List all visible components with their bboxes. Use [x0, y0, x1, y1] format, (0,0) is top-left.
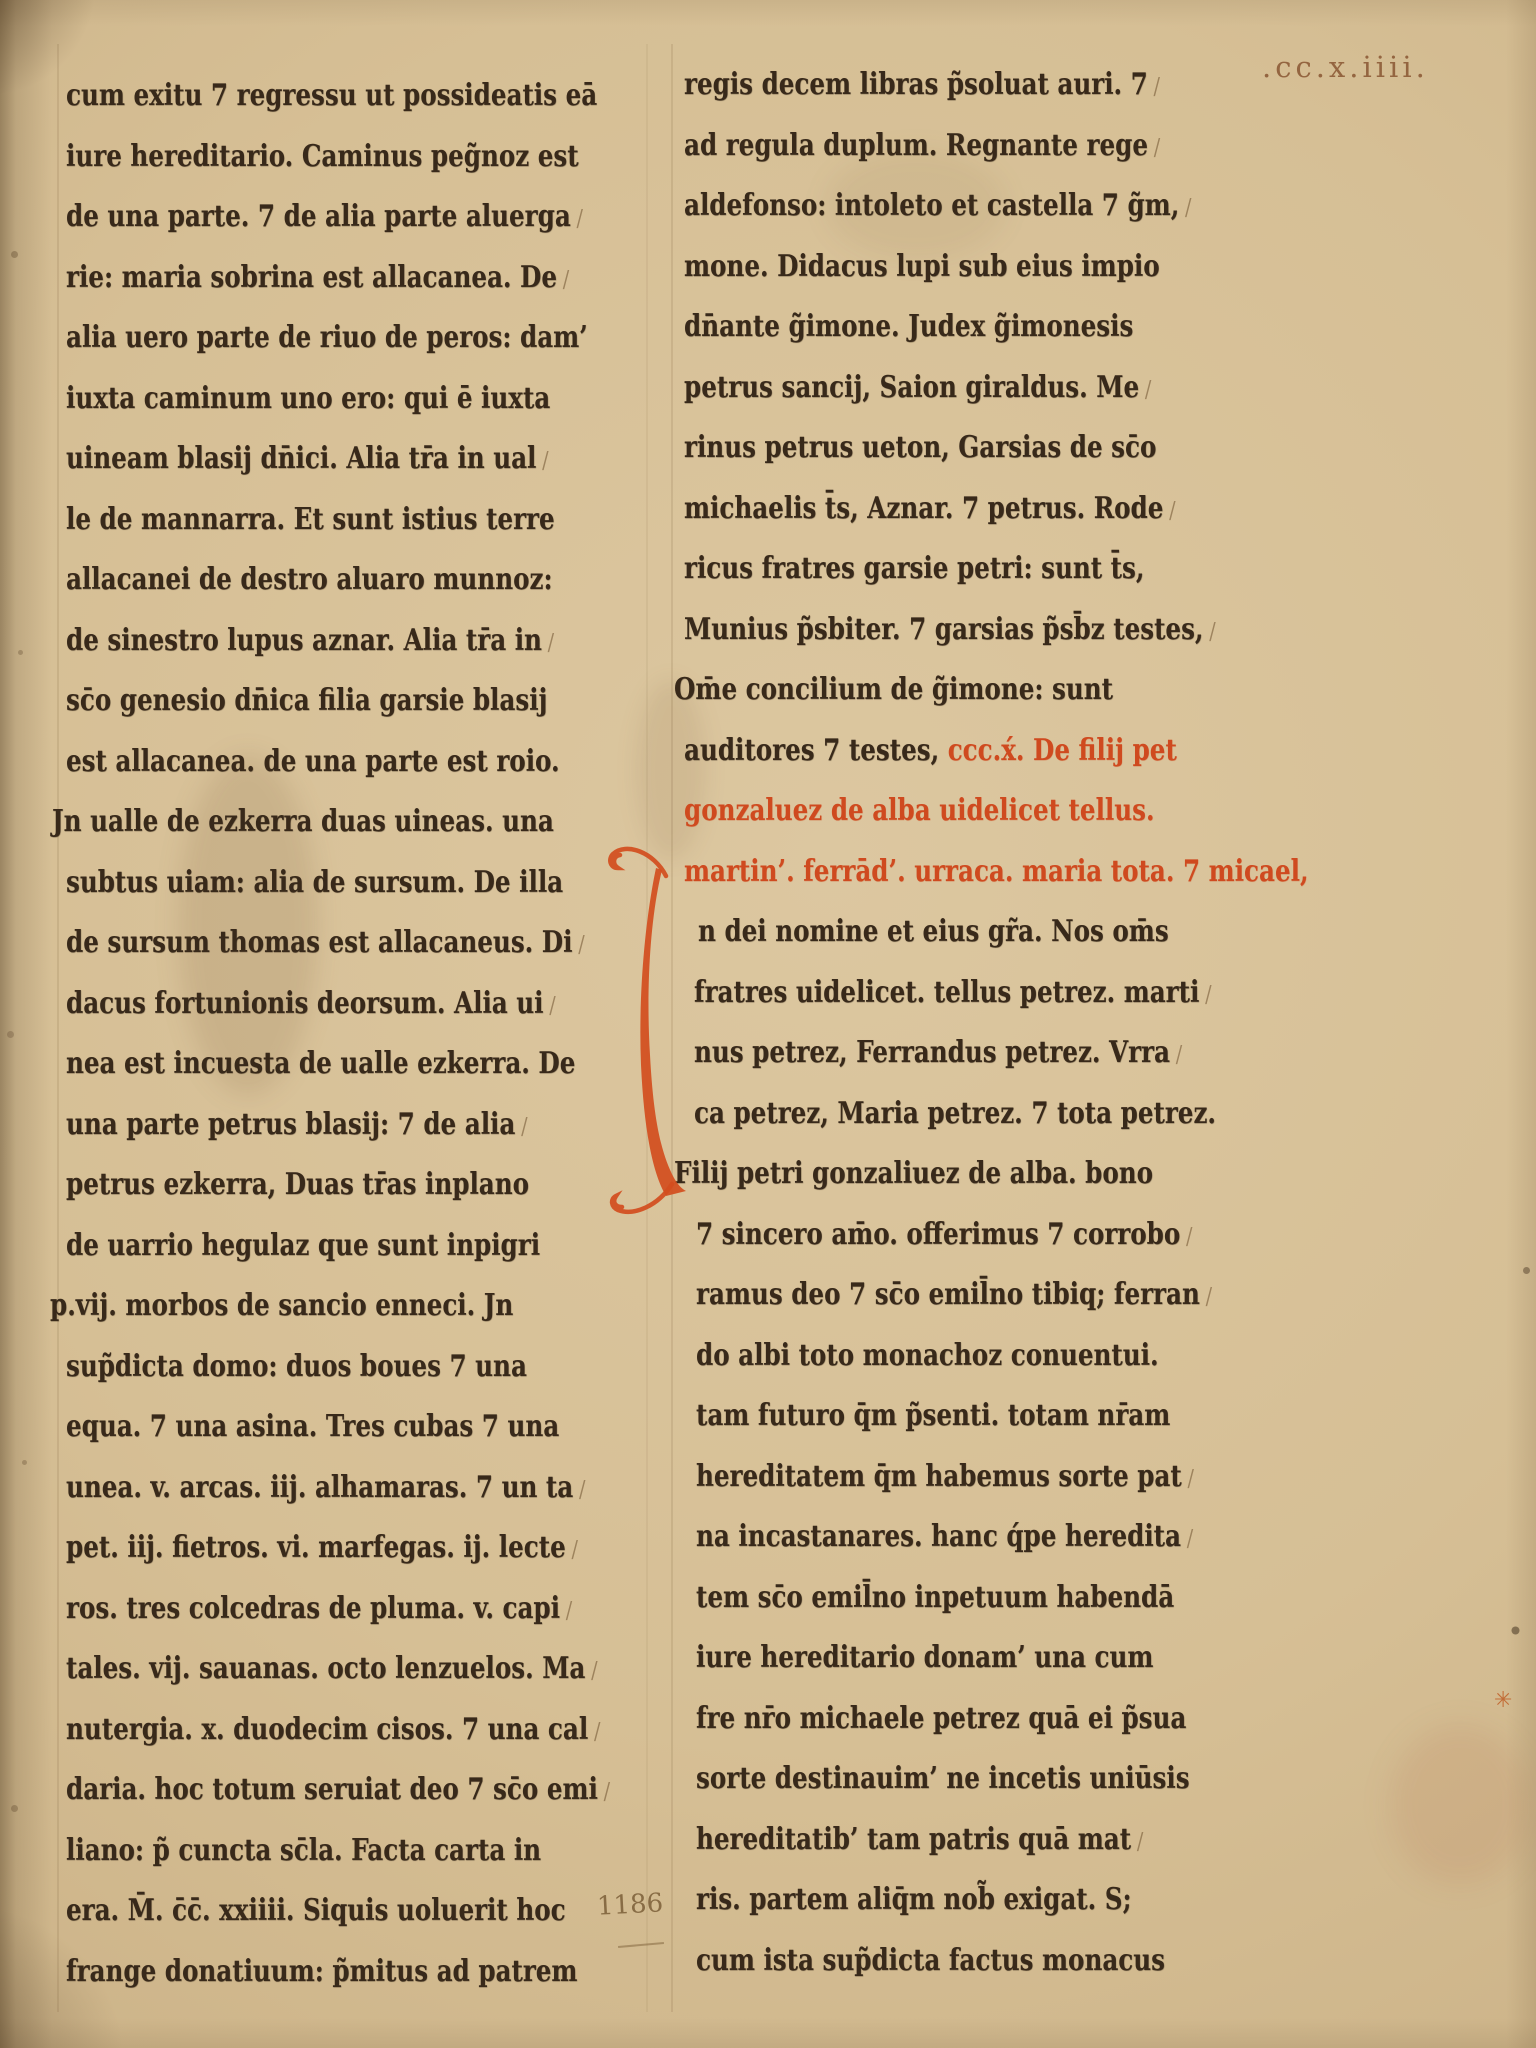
ink-text: sup̃dicta domo: duos boues 7 una: [66, 1349, 527, 1384]
line-filler-stroke: ∕: [1176, 1040, 1182, 1068]
text-line: cum exitu 7 regressu ut possideatis eā: [66, 66, 538, 127]
ink-text: cum ista sup̃dicta factus monacus: [696, 1943, 1165, 1978]
rubric-text: martin’. ferrād’. urraca. maria tota. 7…: [684, 854, 1309, 889]
text-line: fre nr̄o michaele petrez quā ei p̃sua: [696, 1689, 1260, 1750]
text-line: de sinestro lupus aznar. Alia tr̄a in∕: [66, 611, 538, 672]
text-line: 7 sincero am̄o. offerimus 7 corrobo∕: [696, 1205, 1260, 1266]
rubricated-initial-i-icon: [606, 840, 694, 1220]
ink-text: liano: p̃ cuncta sc̄la. Facta carta in: [66, 1833, 541, 1868]
text-line: mone. Didacus lupi sub eius impio: [684, 237, 1258, 298]
ink-text: tales. vij. sauanas. octo lenzuelos. Ma: [66, 1651, 585, 1686]
right-text-column: regis decem libras p̃soluat auri. 7∕ad r…: [684, 55, 1384, 1991]
text-line: auditores 7 testes, ccc.x́. De filij pet: [684, 721, 1258, 782]
text-line: ris. partem aliq̄m nob̃ exigat. S;: [696, 1870, 1260, 1931]
text-line: regis decem libras p̃soluat auri. 7∕: [684, 55, 1258, 116]
text-line: cum ista sup̃dicta factus monacus: [696, 1931, 1260, 1992]
line-filler-stroke: ∕: [1169, 496, 1175, 524]
ink-text: cum exitu 7 regressu ut possideatis eā: [66, 78, 597, 113]
ink-text: allacanei de destro aluaro munnoz:: [66, 562, 553, 597]
ink-text: de sinestro lupus aznar. Alia tr̄a in: [66, 623, 542, 658]
ink-text: era. M̄. c̄c̄. xxiiii. Siquis uoluerit h…: [66, 1893, 566, 1928]
line-filler-stroke: ∕: [563, 265, 569, 293]
parchment-stain: [1390, 1725, 1530, 1885]
line-filler-stroke: ∕: [579, 1475, 585, 1503]
line-filler-stroke: ∕: [577, 204, 583, 232]
line-filler-stroke: ∕: [594, 1717, 600, 1745]
line-filler-stroke: ∕: [1137, 1827, 1143, 1855]
ink-text: iure hereditario. Caminus peg̃noz est: [66, 139, 579, 174]
ink-text: dacus fortunionis deorsum. Alia ui: [66, 986, 544, 1021]
text-line: michaelis t̄s, Aznar. 7 petrus. Rode∕: [684, 479, 1258, 540]
text-line: dacus fortunionis deorsum. Alia ui∕: [66, 974, 538, 1035]
line-filler-stroke: ∕: [1187, 1464, 1193, 1492]
ink-text: de sursum thomas est allacaneus. Di: [66, 925, 572, 960]
line-filler-stroke: ∕: [1205, 980, 1211, 1008]
line-filler-stroke: ∕: [1209, 617, 1215, 645]
marginal-date-annotation: 1186: [596, 1888, 664, 1921]
text-line: uineam blasij dn̄ici. Alia tr̄a in ual∕: [66, 429, 538, 490]
ink-text: do albi toto monachoz conuentui.: [696, 1338, 1159, 1373]
ink-text: sc̄o genesio dn̄ica filia garsie blasij: [66, 683, 547, 718]
text-line: p.vij. morbos de sancio enneci. Jn: [50, 1276, 535, 1337]
ink-text: nea est incuesta de ualle ezkerra. De: [66, 1046, 575, 1081]
line-filler-stroke: ∕: [1154, 72, 1160, 100]
text-line: unea. v. arcas. iij. alhamaras. 7 un ta∕: [66, 1458, 538, 1519]
text-line: nutergia. x. duodecim cisos. 7 una cal∕: [66, 1700, 538, 1761]
ink-text: sorte destinauim’ ne incetis uniūsis: [696, 1761, 1190, 1796]
text-line: nea est incuesta de ualle ezkerra. De: [66, 1034, 538, 1095]
text-line: petrus sancij, Saion giraldus. Me∕: [684, 358, 1258, 419]
text-line: Filij petri gonzaliuez de alba. bono: [674, 1144, 1256, 1205]
ink-text: na incastanares. hanc q́pe heredita: [696, 1519, 1181, 1554]
ink-specks: [0, 0, 5, 5]
text-line: ros. tres colcedras de pluma. v. capi∕: [66, 1579, 538, 1640]
text-line: hereditatem q̄m habemus sorte pat∕: [696, 1447, 1260, 1508]
text-line: rie: maria sobrina est allacanea. De∕: [66, 248, 538, 309]
ink-text: tem sc̄o emil̄no inpetuum habendā: [696, 1580, 1174, 1615]
text-line: ca petrez, Maria petrez. 7 tota petrez.: [694, 1084, 1260, 1145]
ink-text: ricus fratres garsie petri: sunt t̄s,: [684, 551, 1144, 586]
text-line: daria. hoc totum seruiat deo 7 sc̄o emi∕: [66, 1760, 538, 1821]
text-line: gonzaluez de alba uidelicet tellus.: [684, 781, 1258, 842]
ink-text: nutergia. x. duodecim cisos. 7 una cal: [66, 1712, 588, 1747]
text-line: ricus fratres garsie petri: sunt t̄s,: [684, 539, 1258, 600]
text-line: una parte petrus blasij: 7 de alia∕: [66, 1095, 538, 1156]
line-filler-stroke: ∕: [1145, 375, 1151, 403]
ink-text: unea. v. arcas. iij. alhamaras. 7 un ta: [66, 1470, 573, 1505]
text-line: Jn ualle de ezkerra duas uineas. una: [52, 792, 535, 853]
text-line: dn̄ante g̃imone. Judex g̃imonesis: [684, 297, 1258, 358]
text-line: nus petrez, Ferrandus petrez. Vrra∕: [694, 1023, 1260, 1084]
line-filler-stroke: ∕: [542, 446, 548, 474]
ink-text: petrus ezkerra, Duas tr̄as inplano: [66, 1167, 529, 1202]
ink-text: mone. Didacus lupi sub eius impio: [684, 249, 1160, 284]
text-line: liano: p̃ cuncta sc̄la. Facta carta in: [66, 1821, 538, 1882]
text-line: alia uero parte de riuo de peros: dam’: [66, 308, 538, 369]
text-line: de uarrio hegulaz que sunt inpigri: [66, 1216, 538, 1277]
text-line: aldefonso: intoleto et castella 7 g̃m,∕: [684, 176, 1258, 237]
rubric-text: gonzaluez de alba uidelicet tellus.: [684, 793, 1155, 828]
ink-text: le de mannarra. Et sunt istius terre: [66, 502, 555, 537]
text-line: petrus ezkerra, Duas tr̄as inplano: [66, 1155, 538, 1216]
ink-text: hereditatem q̄m habemus sorte pat: [696, 1459, 1182, 1494]
left-text-column: cum exitu 7 regressu ut possideatis eāi…: [66, 66, 641, 2002]
text-line: tam futuro q̄m p̃senti. totam nr̄am: [696, 1386, 1260, 1447]
ink-text: p.vij. morbos de sancio enneci. Jn: [50, 1288, 513, 1323]
text-line: iure hereditario donam’ una cum: [696, 1628, 1260, 1689]
text-line: hereditatib’ tam patris quā mat∕: [696, 1810, 1260, 1871]
text-line: iuxta caminum uno ero: qui ē iuxta: [66, 369, 538, 430]
ink-text: aldefonso: intoleto et castella 7 g̃m,: [684, 188, 1179, 223]
text-line: rinus petrus ueton, Garsias de sc̄o: [684, 418, 1258, 479]
line-filler-stroke: ∕: [571, 1535, 577, 1563]
text-line: do albi toto monachoz conuentui.: [696, 1326, 1260, 1387]
text-line: sc̄o genesio dn̄ica filia garsie blasij: [66, 671, 538, 732]
ink-text: equa. 7 una asina. Tres cubas 7 una: [66, 1409, 559, 1444]
ink-text: iuxta caminum uno ero: qui ē iuxta: [66, 381, 550, 416]
line-filler-stroke: ∕: [1185, 193, 1191, 221]
ink-text: fre nr̄o michaele petrez quā ei p̃sua: [696, 1701, 1186, 1736]
ink-text: frange donatiuum: p̃mitus ad patrem: [66, 1954, 577, 1989]
ink-text: michaelis t̄s, Aznar. 7 petrus. Rode: [684, 491, 1163, 526]
line-filler-stroke: ∕: [1187, 1524, 1193, 1552]
ink-text: de una parte. 7 de alia parte aluerga: [66, 199, 571, 234]
ink-text: Filij petri gonzaliuez de alba. bono: [674, 1156, 1153, 1191]
ink-text: Om̄e concilium de g̃imone: sunt: [674, 672, 1113, 707]
text-line: era. M̄. c̄c̄. xxiiii. Siquis uoluerit h…: [66, 1881, 538, 1942]
ink-text: dn̄ante g̃imone. Judex g̃imonesis: [684, 309, 1133, 344]
ink-text: ca petrez, Maria petrez. 7 tota petrez.: [694, 1096, 1216, 1131]
text-line: tales. vij. sauanas. octo lenzuelos. Ma∕: [66, 1639, 538, 1700]
ruling-line-left: [57, 44, 59, 2012]
text-line: le de mannarra. Et sunt istius terre: [66, 490, 538, 551]
text-line: tem sc̄o emil̄no inpetuum habendā: [696, 1568, 1260, 1629]
ink-text: rie: maria sobrina est allacanea. De: [66, 260, 557, 295]
ink-text: Munius p̃sbiter. 7 garsias p̃sb̄z testes…: [684, 612, 1203, 647]
ink-text: hereditatib’ tam patris quā mat: [696, 1822, 1131, 1857]
rubric-text: ccc.x́. De filij pet: [948, 733, 1177, 768]
line-filler-stroke: ∕: [1206, 1282, 1212, 1310]
ink-text: daria. hoc totum seruiat deo 7 sc̄o emi: [66, 1772, 598, 1807]
ink-text: nus petrez, Ferrandus petrez. Vrra: [694, 1035, 1170, 1070]
text-line: frange donatiuum: p̃mitus ad patrem: [66, 1942, 538, 2003]
ink-text: 7 sincero am̄o. offerimus 7 corrobo: [696, 1217, 1180, 1252]
ink-text: Jn ualle de ezkerra duas uineas. una: [52, 804, 554, 839]
text-line: subtus uiam: alia de sursum. De illa: [66, 853, 538, 914]
line-filler-stroke: ∕: [1186, 1222, 1192, 1250]
manuscript-page: .cc.x.iiii. cum exitu 7 regressu ut poss…: [0, 0, 1536, 2048]
ink-text: ad regula duplum. Regnante rege: [684, 128, 1148, 163]
text-line: ad regula duplum. Regnante rege∕: [684, 116, 1258, 177]
ink-text: alia uero parte de riuo de peros: dam’: [66, 320, 588, 355]
line-filler-stroke: ∕: [548, 628, 554, 656]
line-filler-stroke: ∕: [591, 1656, 597, 1684]
ink-text: una parte petrus blasij: 7 de alia: [66, 1107, 515, 1142]
text-line: martin’. ferrād’. urraca. maria tota. 7…: [684, 842, 1258, 903]
text-line: pet. iij. fietros. vi. marfegas. ij. lec…: [66, 1518, 538, 1579]
ink-text: subtus uiam: alia de sursum. De illa: [66, 865, 563, 900]
line-filler-stroke: ∕: [578, 930, 584, 958]
line-filler-stroke: ∕: [566, 1596, 572, 1624]
margin-star-mark: ✳: [1494, 1688, 1512, 1713]
ink-text: est allacanea. de una parte est roio.: [66, 744, 560, 779]
text-line: sorte destinauim’ ne incetis uniūsis: [696, 1749, 1260, 1810]
ink-text: ramus deo 7 sc̄o emil̄no tibiq; ferran: [696, 1277, 1200, 1312]
text-line: Munius p̃sbiter. 7 garsias p̃sb̄z testes…: [684, 600, 1258, 661]
text-line: allacanei de destro aluaro munnoz:: [66, 550, 538, 611]
text-line: iure hereditario. Caminus peg̃noz est: [66, 127, 538, 188]
text-line: equa. 7 una asina. Tres cubas 7 una: [66, 1397, 538, 1458]
ink-text: n dei nomine et eius gr̃a. Nos om̄s: [698, 914, 1169, 949]
line-filler-stroke: ∕: [604, 1777, 610, 1805]
ink-text: tam futuro q̄m p̃senti. totam nr̄am: [696, 1398, 1170, 1433]
text-line: na incastanares. hanc q́pe heredita∕: [696, 1507, 1260, 1568]
text-line: fratres uidelicet. tellus petrez. marti∕: [694, 963, 1260, 1024]
ink-text: fratres uidelicet. tellus petrez. marti: [694, 975, 1199, 1010]
ink-text: regis decem libras p̃soluat auri. 7: [684, 67, 1148, 102]
ink-text: uineam blasij dn̄ici. Alia tr̄a in ual: [66, 441, 536, 476]
ink-text: pet. iij. fietros. vi. marfegas. ij. lec…: [66, 1530, 566, 1565]
text-line: n dei nomine et eius gr̃a. Nos om̄s: [698, 902, 1261, 963]
text-line: Om̄e concilium de g̃imone: sunt: [674, 660, 1256, 721]
line-filler-stroke: ∕: [549, 991, 555, 1019]
ink-text: auditores 7 testes,: [684, 733, 948, 768]
text-line: ramus deo 7 sc̄o emil̄no tibiq; ferran∕: [696, 1265, 1260, 1326]
text-line: de sursum thomas est allacaneus. Di∕: [66, 913, 538, 974]
text-line: est allacanea. de una parte est roio.: [66, 732, 538, 793]
text-line: de una parte. 7 de alia parte aluerga∕: [66, 187, 538, 248]
line-filler-stroke: ∕: [1154, 133, 1160, 161]
ink-text: iure hereditario donam’ una cum: [696, 1640, 1153, 1675]
ink-text: petrus sancij, Saion giraldus. Me: [684, 370, 1139, 405]
ink-text: rinus petrus ueton, Garsias de sc̄o: [684, 430, 1156, 465]
ink-text: ris. partem aliq̄m nob̃ exigat. S;: [696, 1882, 1132, 1917]
line-filler-stroke: ∕: [521, 1112, 527, 1140]
text-line: sup̃dicta domo: duos boues 7 una: [66, 1337, 538, 1398]
ink-text: de uarrio hegulaz que sunt inpigri: [66, 1228, 540, 1263]
ink-text: ros. tres colcedras de pluma. v. capi: [66, 1591, 560, 1626]
